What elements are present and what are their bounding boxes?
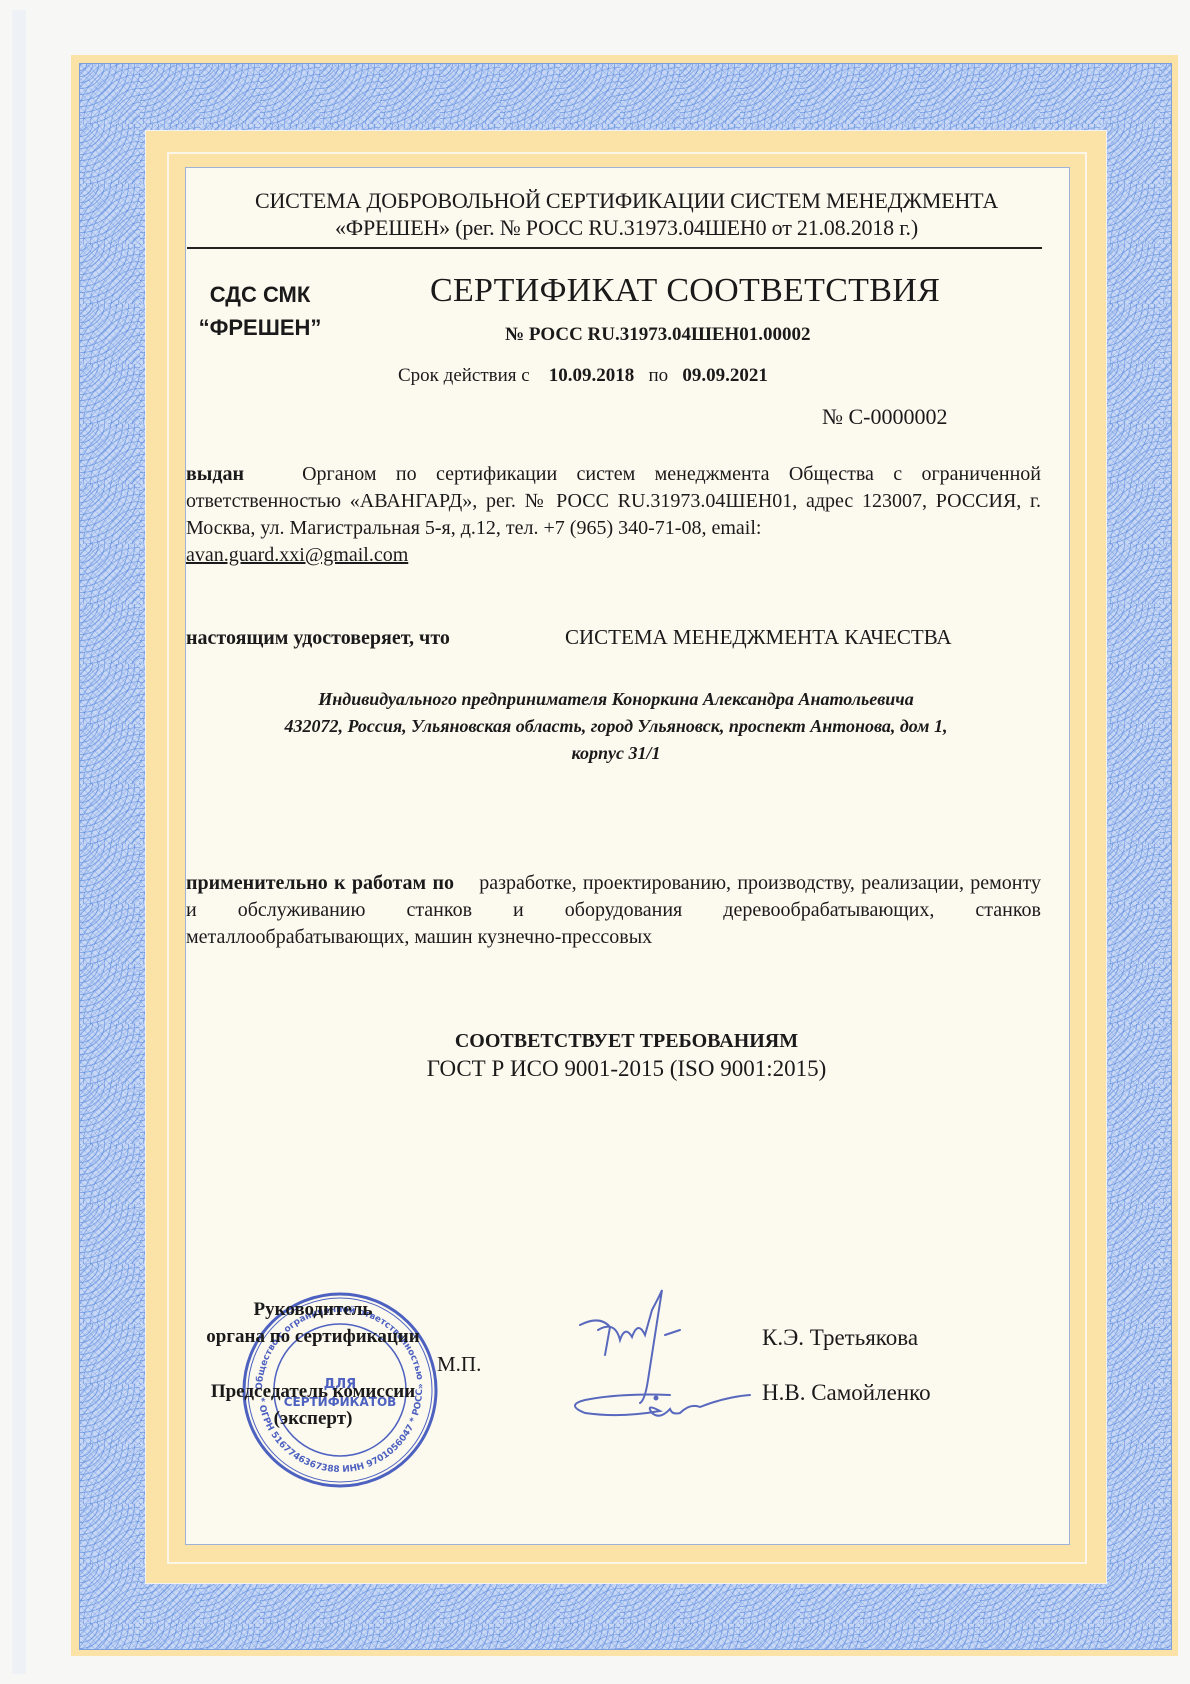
certificate-title: СЕРТИФИКАТ СООТВЕТСТВИЯ — [430, 272, 940, 310]
head-signatory-name: К.Э. Третьякова — [762, 1325, 918, 1351]
system-header-line1: СИСТЕМА ДОБРОВОЛЬНОЙ СЕРТИФИКАЦИИ СИСТЕМ… — [185, 188, 1068, 214]
validity-to: 09.09.2021 — [682, 365, 768, 386]
handwritten-signatures — [560, 1285, 760, 1445]
certificate-number: № С-0000002 — [822, 404, 948, 430]
holder-address: 432072, Россия, Ульяновская область, гор… — [186, 713, 1046, 740]
holder-name: Индивидуального предпринимателя Конoркин… — [186, 686, 1046, 713]
org-logo-line1: СДС СМК — [190, 278, 330, 311]
validity-period: Срок действия с 10.09.2018 по 09.09.2021 — [398, 365, 768, 387]
scope-paragraph: применительно к работам по разработке, п… — [186, 870, 1041, 951]
issued-by-text: Органом по сертификации систем менеджмен… — [186, 463, 1041, 539]
chair-signatory-label: Председатель комиссии (эксперт) — [178, 1378, 448, 1432]
registration-number: № РОСС RU.31973.04ШЕН01.00002 — [505, 324, 811, 346]
chair-signatory-name: Н.В. Самойленко — [762, 1380, 931, 1406]
head-signatory-label: Руководитель органа по сертификации — [178, 1296, 448, 1350]
validity-to-label: по — [648, 365, 668, 386]
system-header-line2: «ФРЕШЕН» (рег. № РОСС RU.31973.04ШЕН0 от… — [185, 215, 1068, 241]
requirements-standard: ГОСТ Р ИСО 9001-2015 (ISO 9001:2015) — [185, 1056, 1068, 1082]
issued-by-paragraph: выдан Органом по сертификации систем мен… — [186, 461, 1041, 569]
certificate-holder: Индивидуального предпринимателя Конoркин… — [186, 686, 1046, 767]
scan-edge — [12, 10, 26, 1674]
head-label-line2: органа по сертификации — [178, 1323, 448, 1350]
email-link[interactable]: avan.guard.xxi@gmail.com — [186, 544, 408, 566]
org-logo-line2: “ФРЕШЕН” — [190, 311, 330, 344]
issued-by-label: выдан — [186, 463, 244, 485]
scope-label: применительно к работам по — [186, 872, 454, 894]
seal-place-label: М.П. — [437, 1352, 481, 1377]
requirements-heading: СООТВЕТСТВУЕТ ТРЕБОВАНИЯМ — [185, 1030, 1068, 1053]
header-divider — [187, 247, 1042, 249]
certifies-label: настоящим удостоверяет, что — [186, 627, 450, 650]
certifies-value: СИСТЕМА МЕНЕДЖМЕНТА КАЧЕСТВА — [565, 625, 952, 650]
chair-label-line1: Председатель комиссии — [178, 1378, 448, 1405]
chair-label-line2: (эксперт) — [178, 1405, 448, 1432]
head-label-line1: Руководитель — [178, 1296, 448, 1323]
holder-address-cont: корпус 31/1 — [186, 740, 1046, 767]
validity-from: 10.09.2018 — [549, 365, 635, 386]
validity-label: Срок действия с — [398, 365, 530, 386]
